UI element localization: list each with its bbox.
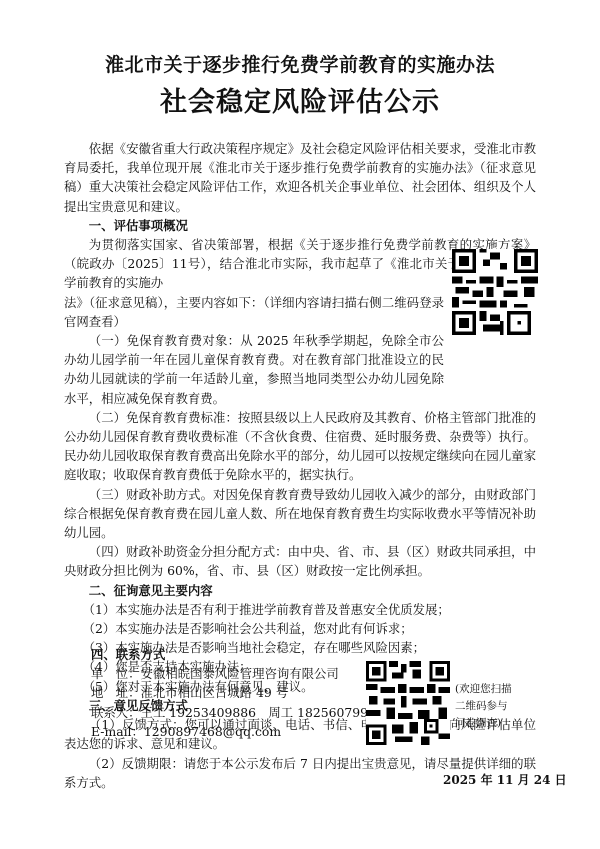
section1-heading: 一、评估事项概况	[64, 216, 536, 235]
contact-address: 地 址：淮北市相山区古城路 49 号	[91, 683, 384, 702]
qr-note: (欢迎您扫描 二维码参与 问卷调查)	[455, 681, 512, 732]
intro-paragraph: 依据《安徽省重大行政决策程序规定》及社会稳定风险评估相关要求，受淮北市教育局委托…	[64, 139, 536, 216]
section2-item-1: （1）本实施办法是否有利于推进学前教育普及普惠安全优质发展；	[64, 600, 536, 619]
document-title: 淮北市关于逐步推行免费学前教育的实施办法	[0, 50, 600, 77]
section1-item3: （三）财政补助方式。对因免保育教育费导致幼儿园收入减少的部分，由财政部门综合根据…	[64, 485, 536, 543]
survey-qr-code-icon[interactable]	[366, 661, 450, 745]
section1-para-b: 法》（征求意见稿），主要内容如下：（详细内容请扫描右侧二维码登录官网查看）	[64, 293, 444, 331]
contact-email[interactable]: E-mail：1290897468@qq.com	[91, 722, 384, 741]
section2-item-2: （2）本实施办法是否影响社会公共利益，您对此有何诉求；	[64, 619, 536, 638]
section1-item4: （四）财政补助资金分担分配方式：由中央、省、市、县（区）财政共同承担，中央财政分…	[64, 542, 536, 580]
qr-note-line: (欢迎您扫描	[455, 681, 512, 698]
document-subtitle: 社会稳定风险评估公示	[0, 80, 600, 119]
qr-note-line: 问卷调查)	[455, 715, 512, 732]
contact-unit: 单 位：安徽相皖国泰风险管理咨询有限公司	[91, 664, 384, 683]
contact-block: 四、联系方式 单 位：安徽相皖国泰风险管理咨询有限公司 地 址：淮北市相山区古城…	[91, 645, 384, 741]
section4-heading: 四、联系方式	[91, 645, 384, 664]
section2-heading: 二、征询意见主要内容	[64, 581, 536, 600]
publish-date: 2025 年 11 月 24 日	[443, 771, 567, 788]
section1-item1: （一）免保育教育费对象：从 2025 年秋季学期起，免除全市公办幼儿园学前一年在…	[64, 331, 444, 408]
section1-item2: （二）免保育教育费标准：按照县级以上人民政府及其教育、价格主管部门批准的公办幼儿…	[64, 408, 536, 485]
qr-note-line: 二维码参与	[455, 698, 512, 715]
contact-persons: 联系人：王工 19253409886 周工 18256079927	[91, 703, 384, 722]
qr-code-icon[interactable]	[452, 249, 538, 335]
